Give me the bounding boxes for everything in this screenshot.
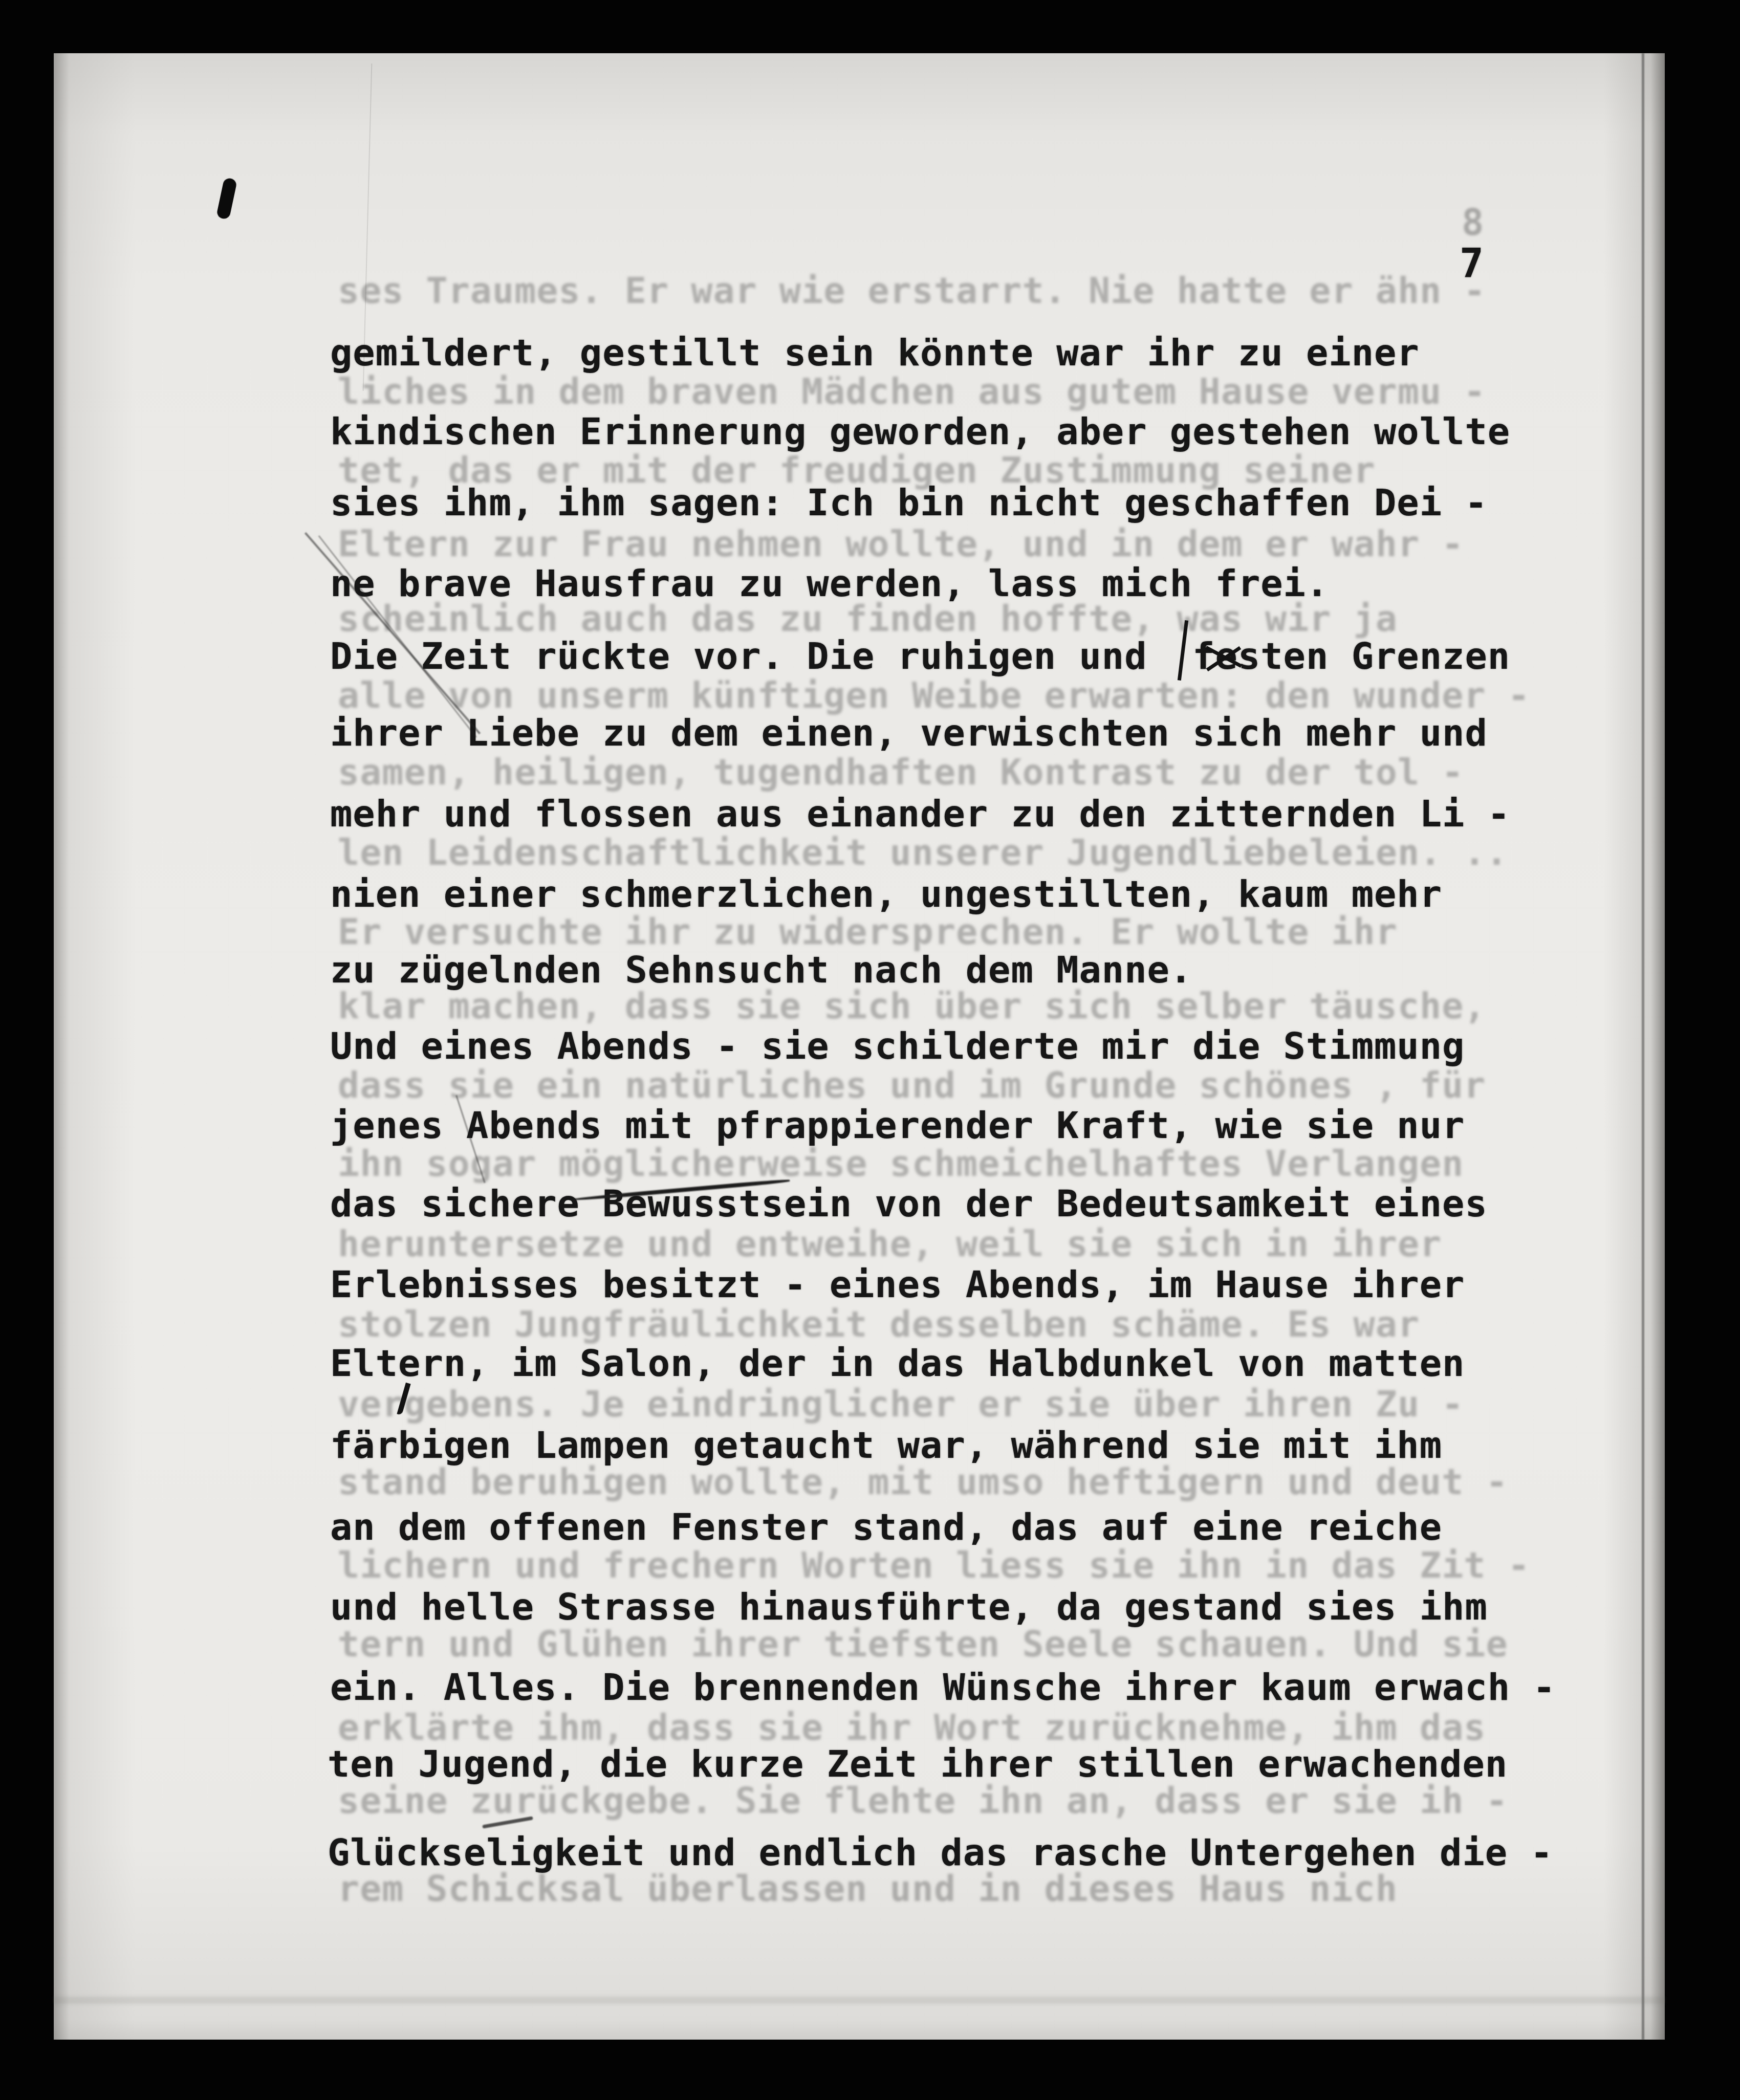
typed-line: das sichere Bewusstsein von der Bedeutsa… xyxy=(330,1182,1488,1225)
ghost-line: alle von unserm künftigen Weibe erwarten… xyxy=(338,674,1530,716)
ghost-line: vergebens. Je eindringlicher er sie über… xyxy=(338,1383,1464,1425)
typed-line: gemildert, gestillt sein könnte war ihr … xyxy=(330,331,1420,374)
ghost-line: stolzen Jungfräulichkeit desselben schäm… xyxy=(338,1303,1420,1345)
scan-streak xyxy=(54,1997,1665,2004)
typed-line: an dem offenen Fenster stand, das auf ei… xyxy=(330,1505,1442,1548)
typed-line: färbigen Lampen getaucht war, während si… xyxy=(330,1424,1442,1467)
ghost-line: stand beruhigen wollte, mit umso heftige… xyxy=(338,1461,1508,1503)
typed-line: Erlebnisses besitzt - eines Abends, im H… xyxy=(330,1263,1465,1306)
ghost-line: tern und Glühen ihrer tiefsten Seele sch… xyxy=(338,1623,1508,1665)
typed-line: zu zügelnden Sehnsucht nach dem Manne. xyxy=(330,948,1192,991)
typed-line: nien einer schmerzlichen, ungestillten, … xyxy=(330,872,1442,915)
ghost-line: samen, heiligen, tugendhaften Kontrast z… xyxy=(338,751,1464,793)
typed-line: ihrer Liebe zu dem einen, verwischten si… xyxy=(330,711,1488,754)
ghost-line: dass sie ein natürliches und im Grunde s… xyxy=(338,1064,1486,1106)
ghost-line: seine zurückgebe. Sie flehte ihn an, das… xyxy=(338,1780,1508,1822)
typed-line: mehr und flossen aus einander zu den zit… xyxy=(330,792,1510,835)
typed-line: sies ihm, ihm sagen: Ich bin nicht gesch… xyxy=(330,481,1488,524)
typed-line: ein. Alles. Die brennenden Wünsche ihrer… xyxy=(330,1666,1556,1709)
ghost-line: lichern und frechern Worten liess sie ih… xyxy=(338,1544,1530,1586)
typed-line: ten Jugend, die kurze Zeit ihrer stillen… xyxy=(328,1742,1508,1785)
typed-line: ne brave Hausfrau zu werden, lass mich f… xyxy=(330,562,1329,605)
ghost-page-number: 8 xyxy=(1462,201,1484,244)
typed-line: jenes Abends mit pfrappierender Kraft, w… xyxy=(330,1104,1465,1147)
ghost-line: Eltern zur Frau nehmen wollte, und in de… xyxy=(338,523,1464,565)
typed-line: Die Zeit rückte vor. Die ruhigen und fes… xyxy=(330,635,1510,677)
typed-line: Und eines Abends - sie schilderte mir di… xyxy=(330,1024,1465,1067)
ghost-line: heruntersetze und entweihe, weil sie sic… xyxy=(338,1223,1442,1265)
paper-left-edge-shadow xyxy=(54,53,136,2040)
ghost-line: rem Schicksal überlassen und in dieses H… xyxy=(338,1868,1398,1910)
scanned-page: 8 7 ses Traumes. Er war wie erstarrt. Ni… xyxy=(0,0,1740,2100)
ghost-line: ses Traumes. Er war wie erstarrt. Nie ha… xyxy=(338,270,1486,312)
ghost-line: len Leidenschaftlichkeit unserer Jugendl… xyxy=(338,832,1508,873)
typed-line: und helle Strasse hinausführte, da gesta… xyxy=(330,1585,1488,1628)
ghost-line: Er versuchte ihr zu widersprechen. Er wo… xyxy=(338,911,1398,953)
paper-edge-line xyxy=(1642,53,1644,2040)
typed-line: Glückseligkeit und endlich das rasche Un… xyxy=(328,1831,1553,1874)
paper-right-edge-shadow xyxy=(1603,53,1665,2040)
typed-line: Eltern, im Salon, der in das Halbdunkel … xyxy=(330,1342,1465,1385)
ghost-line: klar machen, dass sie sich über sich sel… xyxy=(338,985,1486,1027)
ghost-line: ihn sogar möglicherweise schmeichelhafte… xyxy=(338,1143,1464,1185)
typed-line: kindischen Erinnerung geworden, aber ges… xyxy=(330,410,1510,453)
ghost-line: liches in dem braven Mädchen aus gutem H… xyxy=(338,370,1486,412)
